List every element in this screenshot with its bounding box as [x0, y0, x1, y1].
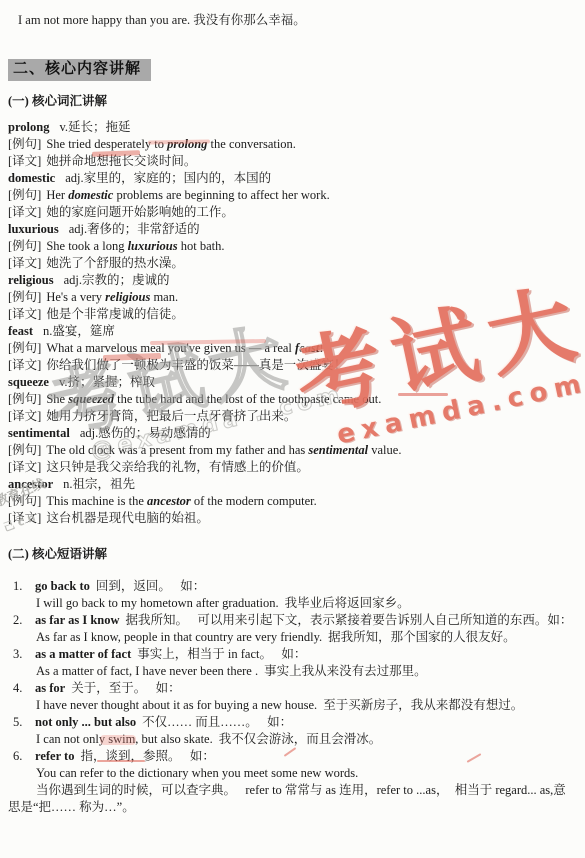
example-label: [例句] — [8, 494, 41, 508]
vocab-translation-line: [译文]她拼命地想拖长交谈时间。 — [8, 153, 575, 170]
phrase-example-line: I have never thought about it as for buy… — [36, 697, 575, 714]
vocab-definition: adj.奢侈的；非常舒适的 — [69, 222, 200, 236]
vocab-entry: prolongv.延长；拖延 [例句]She tried desperately… — [8, 119, 575, 170]
vocab-translation-line: [译文]你给我们做了一顿极为丰盛的饭菜——真是一次盛宴！ — [8, 357, 575, 374]
example-text-pre: She took a long — [46, 239, 127, 253]
vocab-translation-line: [译文]这台机器是现代电脑的始祖。 — [8, 510, 575, 527]
example-text-post: value. — [368, 443, 401, 457]
phrase-head-line: 4.as for关于，至于。 如： — [13, 680, 575, 697]
phrase-example-en: As far as I know, people in that country… — [36, 630, 322, 644]
vocab-example-line: [例句]She squeezed the tube hard and the l… — [8, 391, 575, 408]
translation-text: 他是个非常虔诚的信徒。 — [46, 307, 184, 321]
vocab-translation-line: [译文]她洗了个舒服的热水澡。 — [8, 255, 575, 272]
phrase-example-zh: 事实上我从来没有去过那里。 — [264, 664, 427, 678]
phrase-head: as far as I know — [35, 613, 120, 627]
translation-text: 这台机器是现代电脑的始祖。 — [46, 511, 209, 525]
vocab-word: feast — [8, 324, 33, 338]
section-heading: 二、核心内容讲解 — [8, 59, 151, 81]
example-text-pre: What a marvelous meal you've given us — … — [46, 341, 295, 355]
example-label: [例句] — [8, 341, 41, 355]
translation-text: 她洗了个舒服的热水澡。 — [46, 256, 184, 270]
translation-text: 她拼命地想拖长交谈时间。 — [46, 154, 196, 168]
vocab-example-line: [例句]What a marvelous meal you've given u… — [8, 340, 575, 357]
vocab-word: domestic — [8, 171, 55, 185]
phrase-head-line: 1.go back to回到，返回。 如： — [13, 578, 575, 595]
vocab-headword-line: squeezev.挤；紧握；榨取 — [8, 374, 575, 391]
phrase-item: 6.refer to指，谈到，参照。 如： You can refer to t… — [8, 748, 575, 816]
phrase-head-line: 6.refer to指，谈到，参照。 如： — [13, 748, 575, 765]
phrase-example-line: As a matter of fact, I have never been t… — [36, 663, 575, 680]
vocab-headword-line: luxuriousadj.奢侈的；非常舒适的 — [8, 221, 575, 238]
vocab-word: religious — [8, 273, 54, 287]
example-keyword: prolong — [167, 137, 207, 151]
phrase-example-zh: 至于买新房子，我从来都没有想过。 — [323, 698, 523, 712]
intro-sentence-en: I am not more happy than you are. — [18, 13, 190, 27]
intro-sentence-zh: 我没有你那么幸福。 — [193, 13, 306, 27]
example-text-pre: This machine is the — [46, 494, 147, 508]
example-text-pre: She tried desperately to — [46, 137, 167, 151]
phrase-head: as for — [35, 681, 65, 695]
example-text-post: man. — [150, 290, 178, 304]
vocab-headword-line: domesticadj.家里的，家庭的；国内的，本国的 — [8, 170, 575, 187]
vocab-entry: luxuriousadj.奢侈的；非常舒适的 [例句]She took a lo… — [8, 221, 575, 272]
phrase-item: 5.not only ... but also不仅…… 而且……。 如： I c… — [8, 714, 575, 748]
translation-text: 她的家庭问题开始影响她的工作。 — [46, 205, 234, 219]
phrase-number: 1. — [13, 578, 35, 595]
vocab-example-line: [例句]She took a long luxurious hot bath. — [8, 238, 575, 255]
vocab-headword-line: religiousadj.宗教的；虔诚的 — [8, 272, 575, 289]
example-text-pre: The old clock was a present from my fath… — [46, 443, 308, 457]
phrase-example-line: You can refer to the dictionary when you… — [36, 765, 575, 782]
example-keyword: feast — [295, 341, 319, 355]
phrase-example-en: As a matter of fact, I have never been t… — [36, 664, 258, 678]
vocab-example-line: [例句]This machine is the ancestor of the … — [8, 493, 575, 510]
phrase-head-line: 2.as far as I know据我所知。 可以用来引起下文，表示紧接着要告… — [13, 612, 575, 629]
phrase-section: 1.go back to回到，返回。 如： I will go back to … — [8, 578, 575, 816]
phrase-number: 6. — [13, 748, 35, 765]
vocab-example-line: [例句]He's a very religious man. — [8, 289, 575, 306]
vocab-entry: ancestorn.祖宗，祖先 [例句]This machine is the … — [8, 476, 575, 527]
example-label: [例句] — [8, 137, 41, 151]
vocab-entry: religiousadj.宗教的；虔诚的 [例句]He's a very rel… — [8, 272, 575, 323]
translation-text: 你给我们做了一顿极为丰盛的饭菜——真是一次盛宴！ — [46, 358, 346, 372]
vocab-definition: adj.家里的，家庭的；国内的，本国的 — [65, 171, 271, 185]
vocab-definition: v.延长；拖延 — [59, 120, 130, 134]
example-text-post: problems are beginning to affect her wor… — [113, 188, 329, 202]
phrase-head-line: 5.not only ... but also不仅…… 而且……。 如： — [13, 714, 575, 731]
phrase-example-line: As far as I know, people in that country… — [36, 629, 575, 646]
phrase-item: 4.as for关于，至于。 如： I have never thought a… — [8, 680, 575, 714]
vocab-definition: v.挤；紧握；榨取 — [59, 375, 155, 389]
translation-label: [译文] — [8, 358, 41, 372]
vocab-definition: adj.感伤的；易动感情的 — [80, 426, 211, 440]
vocab-definition: n.祖宗，祖先 — [63, 477, 135, 491]
vocab-translation-line: [译文]这只钟是我父亲给我的礼物，有情感上的价值。 — [8, 459, 575, 476]
phrase-number: 2. — [13, 612, 35, 629]
example-label: [例句] — [8, 392, 41, 406]
phrase-example-en: I have never thought about it as for buy… — [36, 698, 317, 712]
subsection-phrase-heading: (二) 核心短语讲解 — [8, 546, 575, 563]
example-text-pre: He's a very — [46, 290, 105, 304]
example-text-pre: Her — [46, 188, 68, 202]
subsection-vocab-heading: (一) 核心词汇讲解 — [8, 93, 575, 110]
translation-text: 这只钟是我父亲给我的礼物，有情感上的价值。 — [46, 460, 309, 474]
vocab-translation-line: [译文]她的家庭问题开始影响她的工作。 — [8, 204, 575, 221]
phrase-example-zh: 我毕业后将返回家乡。 — [285, 596, 410, 610]
vocab-example-line: [例句]The old clock was a present from my … — [8, 442, 575, 459]
translation-label: [译文] — [8, 460, 41, 474]
vocab-headword-line: sentimentaladj.感伤的；易动感情的 — [8, 425, 575, 442]
phrase-example-en: You can refer to the dictionary when you… — [36, 766, 358, 780]
vocab-word: luxurious — [8, 222, 59, 236]
phrase-desc: 关于，至于。 如： — [71, 681, 180, 695]
phrase-head-line: 3.as a matter of fact事实上，相当于 in fact。 如： — [13, 646, 575, 663]
vocab-entry: sentimentaladj.感伤的；易动感情的 [例句]The old clo… — [8, 425, 575, 476]
phrase-head: refer to — [35, 749, 74, 763]
translation-label: [译文] — [8, 205, 41, 219]
vocab-entry: feastn.盛宴，筵席 [例句]What a marvelous meal y… — [8, 323, 575, 374]
phrase-example-en: I can not only swim, but also skate. — [36, 732, 213, 746]
example-text-post: the tube hard and the lost of the toothp… — [114, 392, 381, 406]
phrase-desc: 指，谈到，参照。 如： — [80, 749, 214, 763]
vocab-entry: squeezev.挤；紧握；榨取 [例句]She squeezed the tu… — [8, 374, 575, 425]
vocab-section: prolongv.延长；拖延 [例句]She tried desperately… — [8, 119, 575, 527]
phrase-number: 3. — [13, 646, 35, 663]
phrase-desc: 回到，返回。 如： — [96, 579, 205, 593]
phrase-head: as a matter of fact — [35, 647, 131, 661]
translation-label: [译文] — [8, 409, 41, 423]
translation-label: [译文] — [8, 511, 41, 525]
phrase-head: not only ... but also — [35, 715, 136, 729]
translation-text: 她用力挤牙膏筒，把最后一点牙膏挤了出来。 — [46, 409, 296, 423]
translation-label: [译文] — [8, 256, 41, 270]
example-keyword: luxurious — [128, 239, 178, 253]
vocab-headword-line: feastn.盛宴，筵席 — [8, 323, 575, 340]
vocab-entry: domesticadj.家里的，家庭的；国内的，本国的 [例句]Her dome… — [8, 170, 575, 221]
vocab-word: prolong — [8, 120, 49, 134]
phrase-example-zh: 据我所知，那个国家的人很友好。 — [328, 630, 516, 644]
document-content: I am not more happy than you are. 我没有你那么… — [0, 0, 585, 816]
phrase-item: 3.as a matter of fact事实上，相当于 in fact。 如：… — [8, 646, 575, 680]
example-label: [例句] — [8, 443, 41, 457]
phrase-example-line: I will go back to my hometown after grad… — [36, 595, 575, 612]
vocab-word: squeeze — [8, 375, 49, 389]
phrase-item: 1.go back to回到，返回。 如： I will go back to … — [8, 578, 575, 612]
phrase-desc: 事实上，相当于 in fact。 如： — [137, 647, 306, 661]
example-text-post: the conversation. — [207, 137, 296, 151]
scanned-document-page: I am not more happy than you are. 我没有你那么… — [0, 0, 585, 858]
phrase-example-zh: 我不仅会游泳，而且会滑冰。 — [219, 732, 382, 746]
example-text-post: hot bath. — [178, 239, 225, 253]
phrase-item: 2.as far as I know据我所知。 可以用来引起下文，表示紧接着要告… — [8, 612, 575, 646]
example-keyword: domestic — [68, 188, 113, 202]
vocab-headword-line: prolongv.延长；拖延 — [8, 119, 575, 136]
vocab-definition: n.盛宴，筵席 — [43, 324, 115, 338]
phrase-usage-note: 当你遇到生词的时候，可以查字典。 refer to 常常与 as 连用，refe… — [8, 782, 575, 816]
phrase-desc: 据我所知。 可以用来引起下文，表示紧接着要告诉别人自己所知道的东西。如： — [126, 613, 573, 627]
vocab-definition: adj.宗教的；虔诚的 — [64, 273, 170, 287]
vocab-word: ancestor — [8, 477, 53, 491]
vocab-example-line: [例句]She tried desperately to prolong the… — [8, 136, 575, 153]
phrase-number: 5. — [13, 714, 35, 731]
translation-label: [译文] — [8, 307, 41, 321]
example-label: [例句] — [8, 188, 41, 202]
example-keyword: sentimental — [308, 443, 368, 457]
translation-label: [译文] — [8, 154, 41, 168]
phrase-number: 4. — [13, 680, 35, 697]
example-label: [例句] — [8, 290, 41, 304]
intro-sentence: I am not more happy than you are. 我没有你那么… — [18, 12, 575, 29]
vocab-translation-line: [译文]她用力挤牙膏筒，把最后一点牙膏挤了出来。 — [8, 408, 575, 425]
phrase-desc: 不仅…… 而且……。 如： — [142, 715, 292, 729]
vocab-headword-line: ancestorn.祖宗，祖先 — [8, 476, 575, 493]
example-keyword: squeezed — [68, 392, 114, 406]
vocab-example-line: [例句]Her domestic problems are beginning … — [8, 187, 575, 204]
phrase-head: go back to — [35, 579, 90, 593]
example-keyword: religious — [105, 290, 150, 304]
example-keyword: ancestor — [147, 494, 191, 508]
phrase-example-en: I will go back to my hometown after grad… — [36, 596, 279, 610]
example-text-pre: She — [46, 392, 68, 406]
phrase-example-line: I can not only swim, but also skate.我不仅会… — [36, 731, 575, 748]
example-label: [例句] — [8, 239, 41, 253]
example-text-post: ! — [319, 341, 323, 355]
vocab-word: sentimental — [8, 426, 70, 440]
example-text-post: of the modern computer. — [191, 494, 317, 508]
vocab-translation-line: [译文]他是个非常虔诚的信徒。 — [8, 306, 575, 323]
